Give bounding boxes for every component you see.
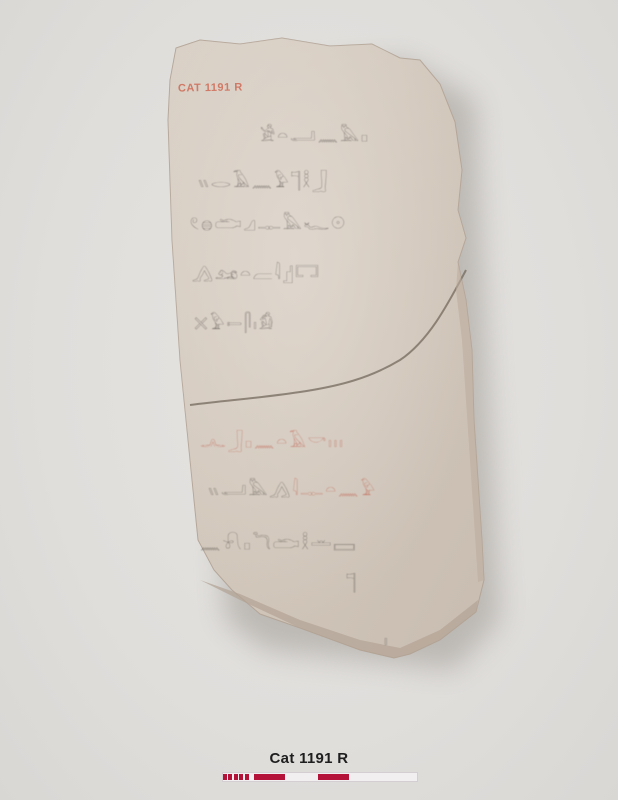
scale-bar-segment	[349, 774, 382, 780]
inscription-line-2: 𓏭𓂋𓄿𓈖𓅱𓊹𓎛𓃀	[198, 164, 329, 182]
scale-bar-segment	[254, 774, 285, 780]
photo-stage: CAT 1191 R 𓀀𓏏𓂝𓈖𓅓𓊪 𓏭𓂋𓄿𓈖𓅱𓊹𓎛𓃀 𓏲𓐍𓂧𓈎𓊃𓅓𓆑𓇳 𓂻𓃭𓏏𓐝…	[0, 0, 618, 800]
inscription-line-8: 𓈖𓍯𓊪𓆓𓂧𓎛𓏛𓈙	[200, 526, 358, 544]
inscription-line-3: 𓏲𓐍𓂧𓈎𓊃𓅓𓆑𓇳	[190, 206, 347, 224]
scale-bar-segment	[318, 774, 349, 780]
catalog-caption: Cat 1191 R	[0, 750, 618, 767]
inscription-line-5: 𓏴𓅱𓍿𓋴𓏤𓀁	[194, 306, 275, 324]
inscription-line-6-red: 𓂜𓃀𓊪𓈖𓏏𓄿𓎡𓏥	[200, 424, 345, 442]
inscription-line-10: 𓏤	[384, 622, 390, 640]
scale-bar	[222, 772, 418, 782]
inscription-line-7: 𓏭𓂝𓅓𓂻𓇋𓊃𓏏𓈖𓅱	[208, 472, 377, 490]
inscription-line-1: 𓀀𓏏𓂝𓈖𓅓𓊪	[260, 118, 370, 136]
scale-bar-segment	[285, 774, 318, 780]
inscription-line-7-red: 𓇋𓊃𓏏𓈖𓅱	[292, 480, 377, 500]
inscription-line-9: 𓊹	[346, 566, 358, 584]
inscription-line-7-black: 𓏭𓂝𓅓𓂻	[208, 480, 292, 500]
inscription-line-4: 𓂻𓃭𓏏𓐝𓇋𓊨𓉐	[192, 256, 321, 274]
object-catalog-mark: CAT 1191 R	[178, 81, 243, 94]
